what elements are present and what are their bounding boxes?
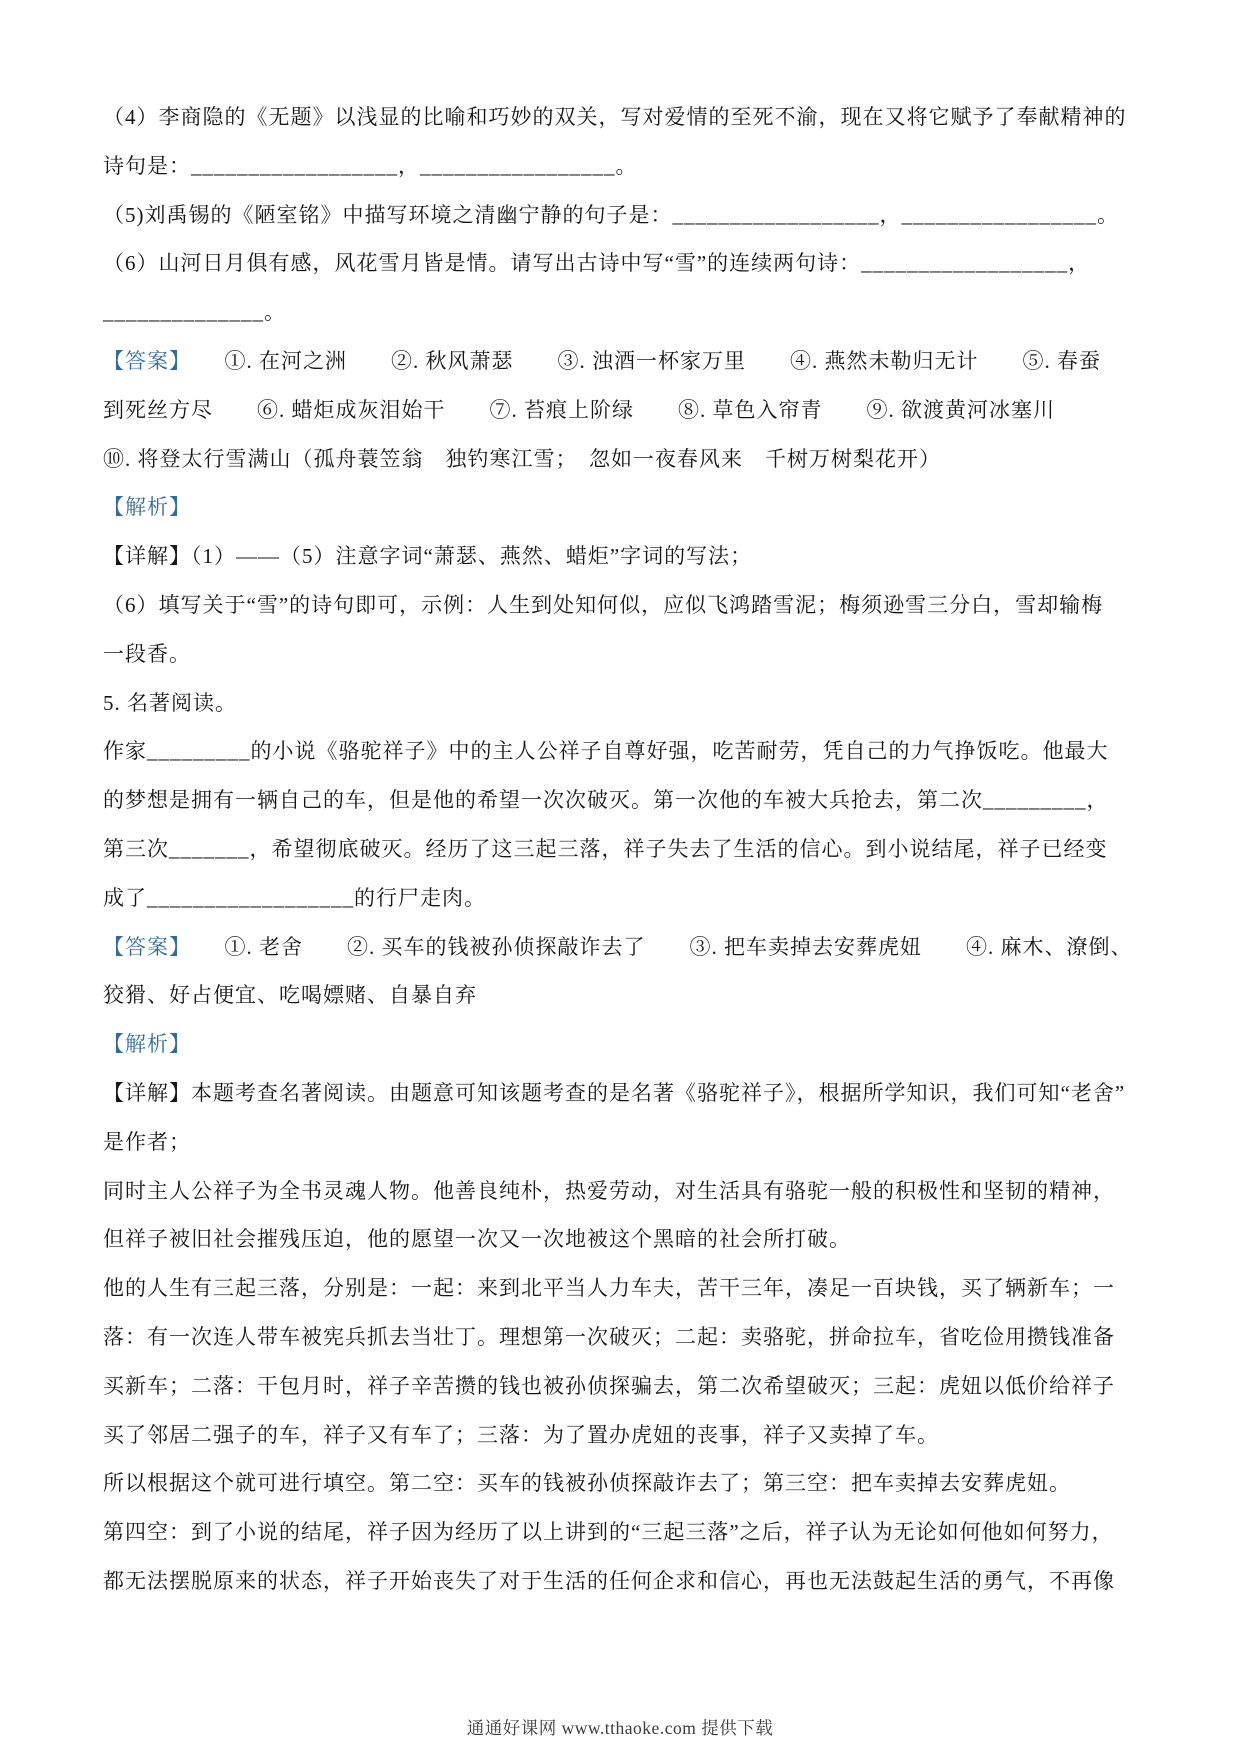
answer-label: 【答案】 (103, 935, 181, 959)
text-run: 一段香。 (103, 642, 191, 666)
document-line: 买了邻居二强子的车，祥子又有车了；三落：为了置办虎妞的丧事，祥子又卖掉了车。 (103, 1411, 1137, 1460)
text-run: 【详解】（1）——（5）注意字词“萧瑟、燕然、蜡炬”字词的写法； (103, 544, 752, 568)
document-line: 【答案】 ①. 老舍 ②. 买车的钱被孙侦探敲诈去了 ③. 把车卖掉去安葬虎妞 … (103, 923, 1137, 972)
text-run: 5. 名著阅读。 (103, 691, 237, 715)
document-line: 狡猾、好占便宜、吃喝嫖赌、自暴自弃 (103, 971, 1137, 1020)
text-run: （4）李商隐的《无题》以浅显的比喻和巧妙的双关，写对爱情的至死不渝，现在又将它赋… (103, 105, 1127, 129)
document-line: 同时主人公祥子为全书灵魂人物。他善良纯朴，热爱劳动，对生活具有骆驼一般的积极性和… (103, 1167, 1137, 1216)
document-line: 【答案】 ①. 在河之洲 ②. 秋风萧瑟 ③. 浊酒一杯家万里 ④. 燕然未勒归… (103, 337, 1137, 386)
document-line: 所以根据这个就可进行填空。第二空：买车的钱被孙侦探敲诈去了；第三空：把车卖掉去安… (103, 1459, 1137, 1508)
document-line: 成了__________________的行尸走肉。 (103, 874, 1137, 923)
text-run: 到死丝方尽 ⑥. 蜡炬成灰泪始干 ⑦. 苔痕上阶绿 ⑧. 草色入帘青 ⑨. 欲渡… (103, 398, 1055, 422)
text-run: ______________。 (103, 300, 286, 324)
text-run: 是作者； (103, 1130, 191, 1154)
document-line: 第四空：到了小说的结尾，祥子因为经历了以上讲到的“三起三落”之后，祥子认为无论如… (103, 1508, 1137, 1557)
text-run: ①. 在河之洲 ②. 秋风萧瑟 ③. 浊酒一杯家万里 ④. 燕然未勒归无计 ⑤.… (181, 349, 1102, 373)
document-line: （6）山河日月俱有感，风花雪月皆是情。请写出古诗中写“雪”的连续两句诗：____… (103, 239, 1137, 288)
text-run: 作家_________的小说《骆驼祥子》中的主人公祥子自尊好强，吃苦耐劳，凭自己… (103, 739, 1109, 763)
text-run: 成了__________________的行尸走肉。 (103, 886, 486, 910)
document-line: 一段香。 (103, 630, 1137, 679)
text-run: （5)刘禹锡的《陋室铭》中描写环境之清幽宁静的句子是：_____________… (103, 203, 1119, 227)
text-run: 第四空：到了小说的结尾，祥子因为经历了以上讲到的“三起三落”之后，祥子认为无论如… (103, 1520, 1114, 1544)
document-line: 【解析】 (103, 483, 1137, 532)
document-line: （4）李商隐的《无题》以浅显的比喻和巧妙的双关，写对爱情的至死不渝，现在又将它赋… (103, 93, 1137, 142)
document-line: 他的人生有三起三落，分别是：一起：来到北平当人力车夫，苦干三年，凑足一百块钱，买… (103, 1264, 1137, 1313)
text-run: 落：有一次连人带车被宪兵抓去当壮丁。理想第一次破灭；二起：卖骆驼，拼命拉车，省吃… (103, 1325, 1115, 1349)
document-line: 第三次_______，希望彻底破灭。经历了这三起三落，祥子失去了生活的信心。到小… (103, 825, 1137, 874)
text-run: 买新车；二落：干包月时，祥子辛苦攒的钱也被孙侦探骗去，第二次希望破灭；三起：虎妞… (103, 1374, 1115, 1398)
text-run: （6）山河日月俱有感，风花雪月皆是情。请写出古诗中写“雪”的连续两句诗：____… (103, 251, 1090, 275)
analysis-label: 【解析】 (103, 495, 191, 519)
text-run: ①. 老舍 ②. 买车的钱被孙侦探敲诈去了 ③. 把车卖掉去安葬虎妞 ④. 麻木… (181, 935, 1133, 959)
text-run: 狡猾、好占便宜、吃喝嫖赌、自暴自弃 (103, 983, 477, 1007)
text-run: ⑩. 将登太行雪满山（孤舟蓑笠翁 独钓寒江雪； 忽如一夜春风来 千树万树梨花开） (103, 447, 941, 471)
text-run: 他的人生有三起三落，分别是：一起：来到北平当人力车夫，苦干三年，凑足一百块钱，买… (103, 1276, 1115, 1300)
document-line: （5)刘禹锡的《陋室铭》中描写环境之清幽宁静的句子是：_____________… (103, 191, 1137, 240)
document-line: （6）填写关于“雪”的诗句即可，示例：人生到处知何似，应似飞鸿踏雪泥；梅须逊雪三… (103, 581, 1137, 630)
text-run: 都无法摆脱原来的状态，祥子开始丧失了对于生活的任何企求和信心，再也无法鼓起生活的… (103, 1569, 1115, 1593)
exam-answer-page: { "document": { "label_color": "#336a9e"… (0, 0, 1240, 1754)
text-run: 的梦想是拥有一辆自己的车，但是他的希望一次次破灭。第一次他的车被大兵抢去，第二次… (103, 788, 1109, 812)
document-line: 5. 名著阅读。 (103, 679, 1137, 728)
text-run: （6）填写关于“雪”的诗句即可，示例：人生到处知何似，应似飞鸿踏雪泥；梅须逊雪三… (103, 593, 1103, 617)
text-run: 同时主人公祥子为全书灵魂人物。他善良纯朴，热爱劳动，对生活具有骆驼一般的积极性和… (103, 1179, 1115, 1203)
document-line: 【解析】 (103, 1020, 1137, 1069)
document-line: 的梦想是拥有一辆自己的车，但是他的希望一次次破灭。第一次他的车被大兵抢去，第二次… (103, 776, 1137, 825)
document-line: 作家_________的小说《骆驼祥子》中的主人公祥子自尊好强，吃苦耐劳，凭自己… (103, 727, 1137, 776)
text-run: 但祥子被旧社会摧残压迫，他的愿望一次又一次地被这个黑暗的社会所打破。 (103, 1227, 851, 1251)
document-line: 【详解】（1）——（5）注意字词“萧瑟、燕然、蜡炬”字词的写法； (103, 532, 1137, 581)
text-run: 第三次_______，希望彻底破灭。经历了这三起三落，祥子失去了生活的信心。到小… (103, 837, 1108, 861)
document-line: 都无法摆脱原来的状态，祥子开始丧失了对于生活的任何企求和信心，再也无法鼓起生活的… (103, 1557, 1137, 1606)
document-line: 落：有一次连人带车被宪兵抓去当壮丁。理想第一次破灭；二起：卖骆驼，拼命拉车，省吃… (103, 1313, 1137, 1362)
document-line: ⑩. 将登太行雪满山（孤舟蓑笠翁 独钓寒江雪； 忽如一夜春风来 千树万树梨花开） (103, 435, 1137, 484)
text-run: 诗句是：__________________，_________________… (103, 154, 638, 178)
document-line: ______________。 (103, 288, 1137, 337)
footer-note: 通通好课网 www.tthaoke.com 提供下载 (0, 1715, 1240, 1740)
document-line: 是作者； (103, 1118, 1137, 1167)
analysis-label: 【解析】 (103, 1032, 191, 1056)
text-run: 买了邻居二强子的车，祥子又有车了；三落：为了置办虎妞的丧事，祥子又卖掉了车。 (103, 1423, 939, 1447)
text-run: 所以根据这个就可进行填空。第二空：买车的钱被孙侦探敲诈去了；第三空：把车卖掉去安… (103, 1471, 1071, 1495)
document-line: 买新车；二落：干包月时，祥子辛苦攒的钱也被孙侦探骗去，第二次希望破灭；三起：虎妞… (103, 1362, 1137, 1411)
document-body: （4）李商隐的《无题》以浅显的比喻和巧妙的双关，写对爱情的至死不渝，现在又将它赋… (103, 93, 1137, 1606)
text-run: 【详解】本题考查名著阅读。由题意可知该题考查的是名著《骆驼祥子》，根据所学知识，… (103, 1081, 1125, 1105)
answer-label: 【答案】 (103, 349, 181, 373)
document-line: 到死丝方尽 ⑥. 蜡炬成灰泪始干 ⑦. 苔痕上阶绿 ⑧. 草色入帘青 ⑨. 欲渡… (103, 386, 1137, 435)
document-line: 诗句是：__________________，_________________… (103, 142, 1137, 191)
document-line: 但祥子被旧社会摧残压迫，他的愿望一次又一次地被这个黑暗的社会所打破。 (103, 1215, 1137, 1264)
document-line: 【详解】本题考查名著阅读。由题意可知该题考查的是名著《骆驼祥子》，根据所学知识，… (103, 1069, 1137, 1118)
